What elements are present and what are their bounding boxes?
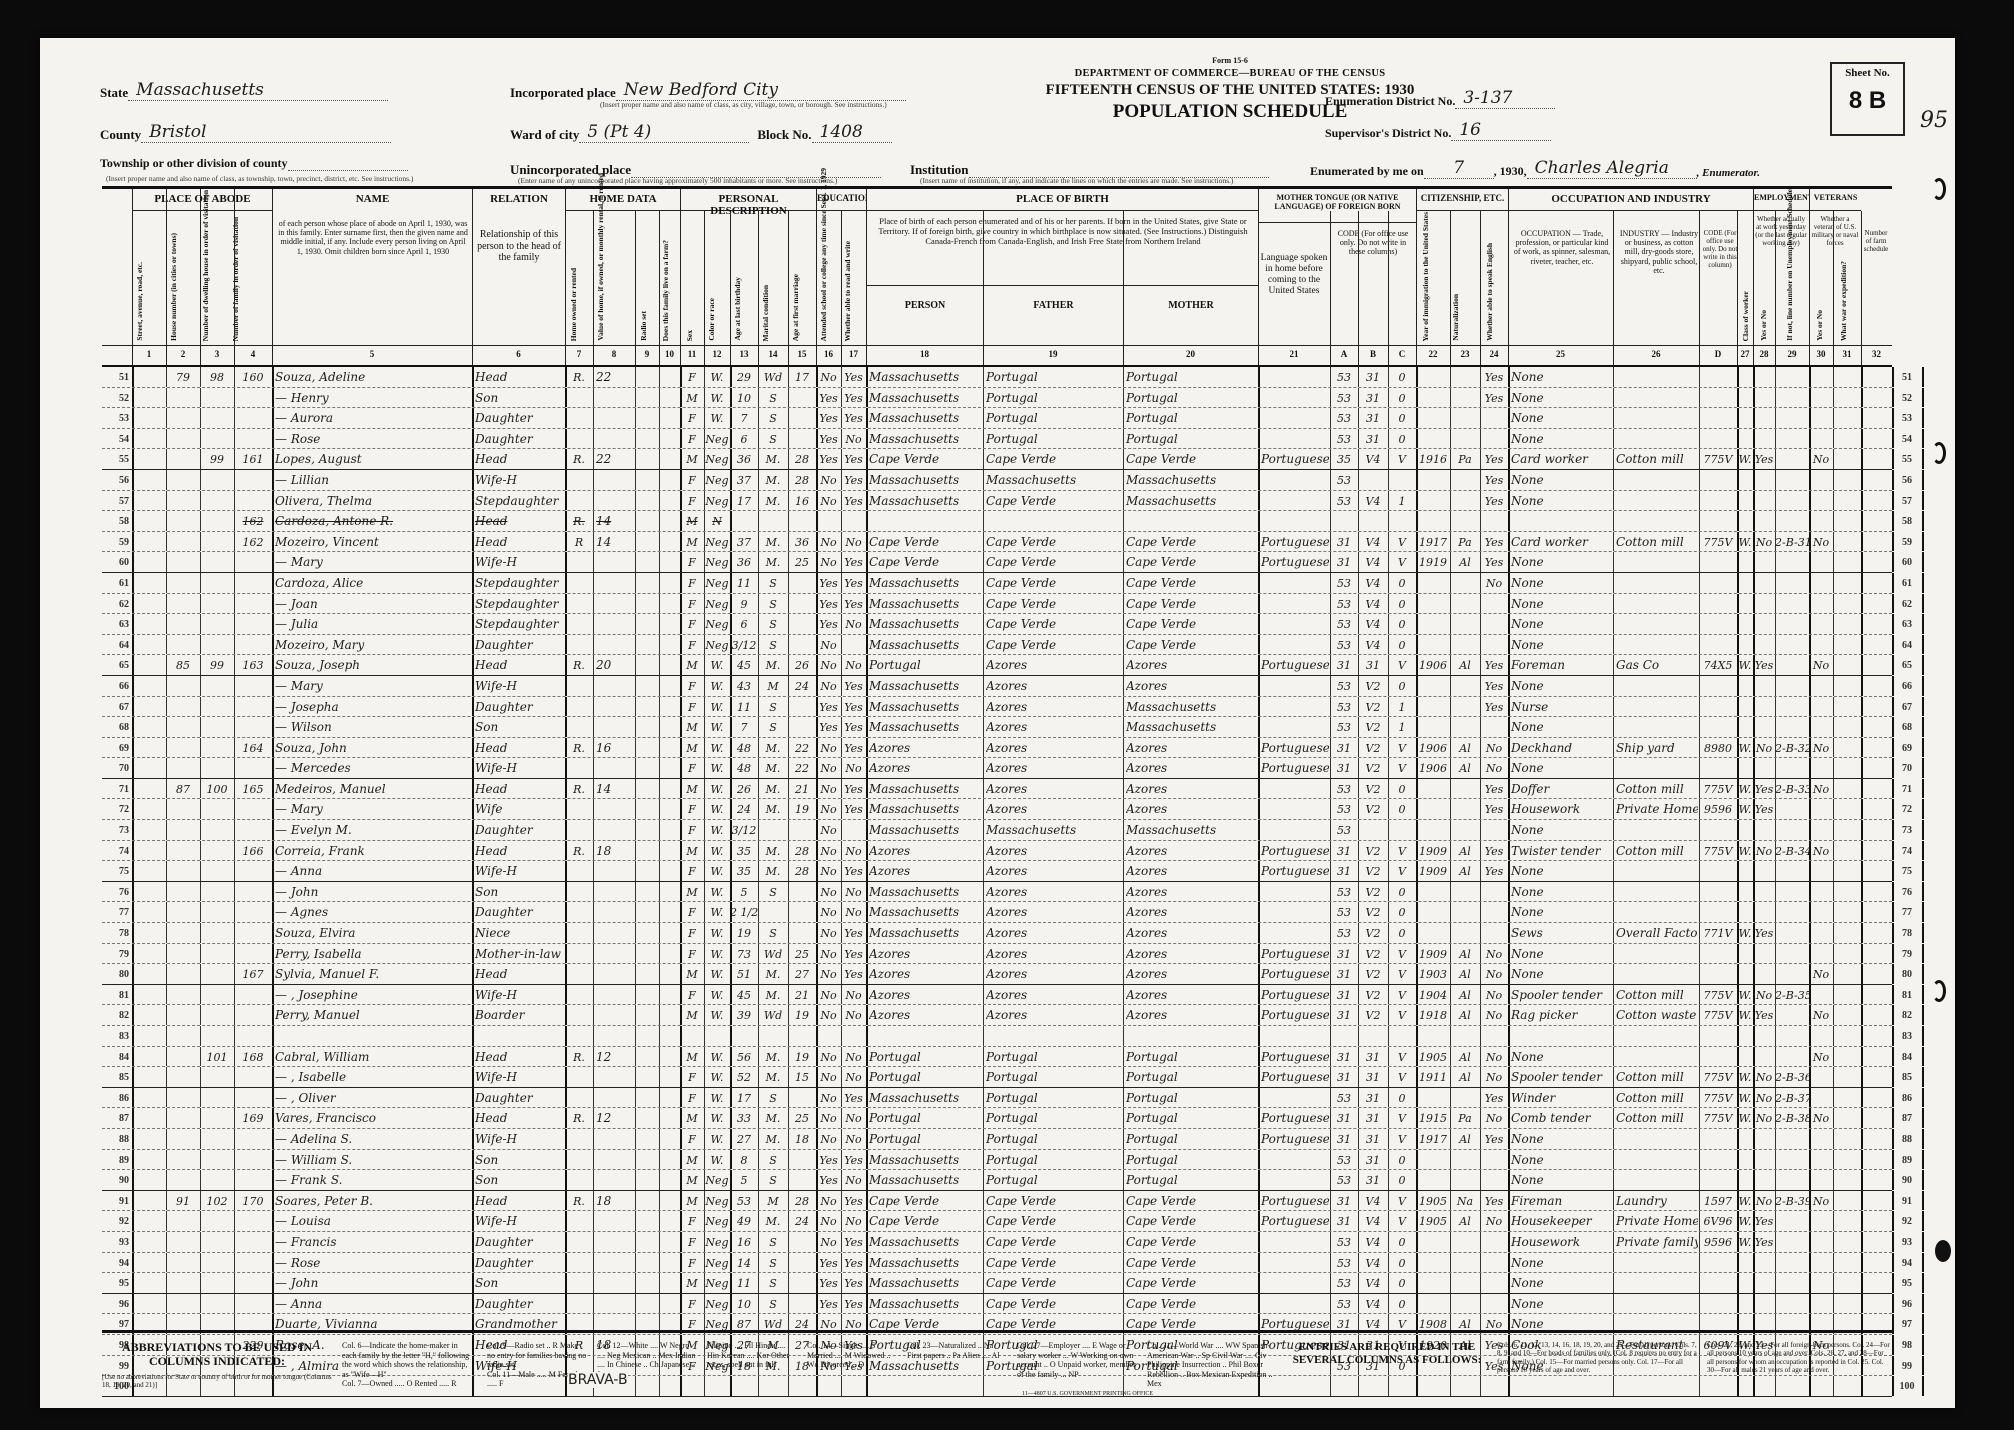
col14-note: Col. 14—Single .... S Married .... M Wid… xyxy=(807,1341,897,1370)
cell-mother: Azores xyxy=(1126,862,1257,881)
cell-dwelling: 101 xyxy=(200,1048,234,1067)
cell-father: Cape Verde xyxy=(986,1233,1122,1252)
cell-read: No xyxy=(841,903,866,922)
cell-father: Cape Verde xyxy=(986,492,1122,511)
cell-ocode: 1597 xyxy=(1699,1192,1737,1211)
cell-immig: 1915 xyxy=(1416,1109,1450,1128)
cell-sex: F xyxy=(680,862,704,881)
cell-school: Yes xyxy=(816,1171,841,1190)
cell-birth: Massachusetts xyxy=(869,883,982,902)
cell-english: Yes xyxy=(1480,553,1508,572)
column-divider xyxy=(234,189,235,365)
cell-father: Azores xyxy=(986,1006,1122,1025)
table-row: 69164Souza, JohnHeadR.16MW.48M.22NoYesAz… xyxy=(102,738,1892,759)
cell-line: 53 xyxy=(105,409,129,428)
cell-c: V xyxy=(1388,533,1416,552)
cell-name: — Mary xyxy=(275,800,471,819)
column-number: D xyxy=(1699,349,1737,359)
abbr-note: [Use no abbreviations for State or count… xyxy=(102,1373,332,1390)
cell-ocode: 775V xyxy=(1699,533,1737,552)
cell-natur: Al xyxy=(1450,759,1480,778)
cell-occupation: None xyxy=(1511,1295,1612,1314)
cell-age-marr: 27 xyxy=(788,965,816,984)
cell-tongue: Portuguese xyxy=(1261,1068,1329,1087)
cell-b: V2 xyxy=(1358,903,1388,922)
cell-father: Azores xyxy=(986,965,1122,984)
cell-english: Yes xyxy=(1480,389,1508,408)
cell-name: — Mary xyxy=(275,553,471,572)
cell-a: 53 xyxy=(1330,718,1358,737)
cell-birth: Azores xyxy=(869,739,982,758)
cell-name: — Anna xyxy=(275,1295,471,1314)
col22-label: Year of immigration to the United States xyxy=(1422,212,1430,341)
cell-relation: Stepdaughter xyxy=(475,615,564,634)
cell-cls: W. xyxy=(1737,533,1753,552)
cell-birth: Massachusetts xyxy=(869,636,982,655)
cell-birth: Massachusetts xyxy=(869,800,982,819)
cell-age: 51 xyxy=(730,965,758,984)
cell-cls: W. xyxy=(1737,739,1753,758)
cell-relation: Wife-H xyxy=(475,1068,564,1087)
cell-relation: Son xyxy=(475,389,564,408)
cell-relation: Daughter xyxy=(475,1254,564,1273)
line-number-right: 96 xyxy=(1894,1295,1920,1314)
cell-name: Sylvia, Manuel F. xyxy=(275,965,471,984)
cell-ocode: 775V xyxy=(1699,450,1737,469)
cell-c: 0 xyxy=(1388,389,1416,408)
cell-b: V2 xyxy=(1358,862,1388,881)
punch-hole-icon xyxy=(1932,980,1946,1002)
cell-name: — Mary xyxy=(275,677,471,696)
cell-line: 82 xyxy=(105,1006,129,1025)
cell-birth: Massachusetts xyxy=(869,595,982,614)
table-row: 5599161Lopes, AugustHeadR.22MNeg36M.28Ye… xyxy=(102,449,1892,470)
supervisor-label: Supervisor's District No. xyxy=(1325,126,1451,141)
column-number: 17 xyxy=(841,349,866,359)
cell-read: Yes xyxy=(841,574,866,593)
cell-c: 0 xyxy=(1388,1254,1416,1273)
cell-line: 90 xyxy=(105,1171,129,1190)
column-divider xyxy=(1809,211,1810,365)
cell-sex: F xyxy=(680,800,704,819)
cell-sex: F xyxy=(680,553,704,572)
cell-school: No xyxy=(816,924,841,943)
cell-birth: Massachusetts xyxy=(869,821,982,840)
cell-c: 0 xyxy=(1388,430,1416,449)
cell-race: Neg xyxy=(704,1254,730,1273)
cell-relation: Head xyxy=(475,842,564,861)
line-number-right: 67 xyxy=(1894,698,1920,717)
form-number: Form 15-6 xyxy=(970,56,1490,65)
column-divider xyxy=(1861,211,1862,365)
cell-marital: S xyxy=(758,1233,788,1252)
cell-unemp: 2-B-34 xyxy=(1775,842,1809,861)
column-number: 3 xyxy=(200,349,234,359)
cell-family: 161 xyxy=(234,450,272,469)
cell-relation: Daughter xyxy=(475,698,564,717)
cell-b: V4 xyxy=(1358,595,1388,614)
cell-school: No xyxy=(816,553,841,572)
column-number: 8 xyxy=(593,349,635,359)
cell-read: Yes xyxy=(841,1295,866,1314)
line-number-right: 71 xyxy=(1894,780,1920,799)
cell-age-marr: 24 xyxy=(788,677,816,696)
cell-age-marr: 18 xyxy=(788,1130,816,1149)
cell-mother: Portugal xyxy=(1126,430,1257,449)
cell-occupation: None xyxy=(1511,1048,1612,1067)
cell-english: Yes xyxy=(1480,780,1508,799)
cell-occupation: Spooler tender xyxy=(1511,1068,1612,1087)
cell-sex: M xyxy=(680,1171,704,1190)
line-number-right: 94 xyxy=(1894,1254,1920,1273)
cell-sex: M xyxy=(680,965,704,984)
column-divider xyxy=(1258,211,1259,365)
cell-sex: F xyxy=(680,903,704,922)
cell-sex: F xyxy=(680,574,704,593)
cell-relation: Son xyxy=(475,1151,564,1170)
cell-cls: W. xyxy=(1737,656,1753,675)
row-gridlines xyxy=(102,1026,1892,1046)
cell-work: Yes xyxy=(1753,450,1775,469)
cell-relation: Mother-in-law xyxy=(475,945,564,964)
cell-b: V2 xyxy=(1358,718,1388,737)
cell-age: 6 xyxy=(730,430,758,449)
cell-race: W. xyxy=(704,1089,730,1108)
cell-c: V xyxy=(1388,1212,1416,1231)
cell-father: Azores xyxy=(986,698,1122,717)
cell-occupation: None xyxy=(1511,636,1612,655)
column-divider xyxy=(866,211,867,365)
cell-value: 14 xyxy=(596,533,634,552)
cell-relation: Head xyxy=(475,1192,564,1211)
cell-read: Yes xyxy=(841,677,866,696)
cell-occupation: None xyxy=(1511,862,1612,881)
cell-read: No xyxy=(841,1212,866,1231)
cell-name: — Josepha xyxy=(275,698,471,717)
cell-father: Portugal xyxy=(986,430,1122,449)
cell-birth: Massachusetts xyxy=(869,1233,982,1252)
cell-c: 0 xyxy=(1388,1151,1416,1170)
column-number: 20 xyxy=(1123,349,1258,359)
cell-a: 53 xyxy=(1330,1089,1358,1108)
department: DEPARTMENT OF COMMERCE—BUREAU OF THE CEN… xyxy=(970,68,1490,79)
cell-relation: Daughter xyxy=(475,1295,564,1314)
cell-father: Cape Verde xyxy=(986,574,1122,593)
cell-house: 79 xyxy=(166,368,200,387)
cell-c: V xyxy=(1388,965,1416,984)
cell-mother: Cape Verde xyxy=(1126,1254,1257,1273)
cell-owned: R. xyxy=(565,1192,593,1211)
cell-line: 62 xyxy=(105,595,129,614)
table-row: 59162Mozeiro, VincentHeadR14MNeg37M.36No… xyxy=(102,532,1892,553)
tongue-description: Language spoken in home before coming to… xyxy=(1260,253,1328,297)
cell-name: — Francis xyxy=(275,1233,471,1252)
cell-sex: F xyxy=(680,368,704,387)
cell-tongue: Portuguese xyxy=(1261,1192,1329,1211)
cell-father: Azores xyxy=(986,945,1122,964)
cell-unemp: 2-B-33 xyxy=(1775,780,1809,799)
cell-sex: F xyxy=(680,924,704,943)
cell-work: No xyxy=(1753,739,1775,758)
cell-line: 89 xyxy=(105,1151,129,1170)
cell-work: No xyxy=(1753,533,1775,552)
cell-mother: Cape Verde xyxy=(1126,1295,1257,1314)
cell-age: 10 xyxy=(730,1295,758,1314)
cell-marital: S xyxy=(758,883,788,902)
cell-age: 33 xyxy=(730,1109,758,1128)
cell-school: Yes xyxy=(816,389,841,408)
column-number: 6 xyxy=(472,349,565,359)
cell-name: — John xyxy=(275,1274,471,1293)
cell-a: 53 xyxy=(1330,492,1358,511)
mother-subheader: MOTHER xyxy=(1123,285,1258,347)
cell-mother: Massachusetts xyxy=(1126,821,1257,840)
cell-occupation: None xyxy=(1511,471,1612,490)
cell-marital: M. xyxy=(758,986,788,1005)
cell-age: 17 xyxy=(730,1089,758,1108)
cell-read: No xyxy=(841,1048,866,1067)
cell-read: Yes xyxy=(841,1151,866,1170)
cell-mother: Cape Verde xyxy=(1126,1233,1257,1252)
cell-relation: Daughter xyxy=(475,1233,564,1252)
col13-label: Age at last birthday xyxy=(734,277,742,341)
cell-b: V2 xyxy=(1358,1006,1388,1025)
cell-a: 53 xyxy=(1330,924,1358,943)
cell-tongue: Portuguese xyxy=(1261,862,1329,881)
punch-hole-icon xyxy=(1932,178,1946,200)
cell-line: 75 xyxy=(105,862,129,881)
table-row: 54— RoseDaughterFNeg6SYesNoMassachusetts… xyxy=(102,429,1892,450)
cell-read: No xyxy=(841,1068,866,1087)
cell-c: 0 xyxy=(1388,800,1416,819)
cell-occupation: None xyxy=(1511,1254,1612,1273)
column-number: 12 xyxy=(704,349,730,359)
column-divider xyxy=(758,211,759,365)
table-row: 76— JohnSonMW.5SNoNoMassachusettsAzoresA… xyxy=(102,882,1892,903)
cell-line: 91 xyxy=(105,1192,129,1211)
cell-unemp: 2-B-37 xyxy=(1775,1089,1809,1108)
cell-cls: W. xyxy=(1737,1068,1753,1087)
cell-c: 0 xyxy=(1388,636,1416,655)
cell-c: 0 xyxy=(1388,409,1416,428)
cell-sex: M xyxy=(680,842,704,861)
cell-school: Yes xyxy=(816,1274,841,1293)
cell-school: No xyxy=(816,1212,841,1231)
cell-family: 170 xyxy=(234,1192,272,1211)
cell-relation: Wife-H xyxy=(475,1130,564,1149)
enumerator-label: , Enumerator. xyxy=(1697,167,1760,179)
cell-a: 53 xyxy=(1330,636,1358,655)
cell-b: V4 xyxy=(1358,1233,1388,1252)
cell-house: 91 xyxy=(166,1192,200,1211)
cell-dwelling: 99 xyxy=(200,656,234,675)
cell-ocode: 8980 xyxy=(1699,739,1737,758)
cell-occupation: Foreman xyxy=(1511,656,1612,675)
cell-birth: Massachusetts xyxy=(869,677,982,696)
cell-vet: No xyxy=(1809,1192,1833,1211)
cell-mother: Azores xyxy=(1126,800,1257,819)
cell-work: No xyxy=(1753,1068,1775,1087)
cell-father: Azores xyxy=(986,739,1122,758)
cell-mother: Cape Verde xyxy=(1126,450,1257,469)
cell-line: 55 xyxy=(105,450,129,469)
table-row: 92— LouisaWife-HFNeg49M.24NoNoCape Verde… xyxy=(102,1211,1892,1232)
cell-relation: Wife-H xyxy=(475,471,564,490)
cell-occupation: None xyxy=(1511,430,1612,449)
cell-immig: 1911 xyxy=(1416,1068,1450,1087)
line-number-right: 95 xyxy=(1894,1274,1920,1293)
cell-school: No xyxy=(816,986,841,1005)
cell-cls: W. xyxy=(1737,800,1753,819)
cell-english: Yes xyxy=(1480,1089,1508,1108)
column-number: C xyxy=(1388,349,1416,359)
cell-relation: Wife xyxy=(475,800,564,819)
cell-race: W. xyxy=(704,986,730,1005)
cell-occupation: None xyxy=(1511,409,1612,428)
cell-owned: R. xyxy=(565,739,593,758)
cell-father: Portugal xyxy=(986,1130,1122,1149)
cell-occupation: None xyxy=(1511,759,1612,778)
cell-school: No xyxy=(816,1048,841,1067)
cell-natur: Al xyxy=(1450,965,1480,984)
cell-birth: Massachusetts xyxy=(869,492,982,511)
cell-b: 31 xyxy=(1358,1089,1388,1108)
cell-b: V4 xyxy=(1358,450,1388,469)
cell-school: No xyxy=(816,1109,841,1128)
cell-value: 14 xyxy=(596,512,634,531)
cell-marital: M. xyxy=(758,450,788,469)
cell-school: Yes xyxy=(816,450,841,469)
cell-c: V xyxy=(1388,1130,1416,1149)
cell-school: Yes xyxy=(816,430,841,449)
cell-c: V xyxy=(1388,945,1416,964)
cell-c: 1 xyxy=(1388,718,1416,737)
cell-read: Yes xyxy=(841,368,866,387)
cell-ocode: 775V xyxy=(1699,1006,1737,1025)
col12b-note: Filipino .... Fil Hindu .... Hin Korean … xyxy=(707,1341,797,1370)
cell-father: Cape Verde xyxy=(986,553,1122,572)
col10-label: Does this family live on a farm? xyxy=(662,240,670,341)
cell-mother: Massachusetts xyxy=(1126,492,1257,511)
cell-sex: M xyxy=(680,718,704,737)
cell-age: 17 xyxy=(730,492,758,511)
cell-father: Azores xyxy=(986,677,1122,696)
line-number-right: 82 xyxy=(1894,1006,1920,1025)
cell-age: 14 xyxy=(730,1254,758,1273)
cell-mother: Cape Verde xyxy=(1126,1212,1257,1231)
column-number: 26 xyxy=(1613,349,1699,359)
group-veterans: VETERANS xyxy=(1809,189,1861,211)
cell-age: 16 xyxy=(730,1233,758,1252)
cell-race: Neg xyxy=(704,1295,730,1314)
cell-race: W. xyxy=(704,368,730,387)
cell-value: 22 xyxy=(596,450,634,469)
institution-note: (Insert name of institution, if any, and… xyxy=(920,176,1233,185)
cell-industry: Cotton mill xyxy=(1616,842,1698,861)
cell-immig: 1906 xyxy=(1416,759,1450,778)
table-row: 517998160Souza, AdelineHeadR.22FW.29Wd17… xyxy=(102,367,1892,388)
cell-industry: Private Home xyxy=(1616,800,1698,819)
cell-sex: M xyxy=(680,1274,704,1293)
table-row: 61Cardoza, AliceStepdaughterFNeg11SYesYe… xyxy=(102,573,1892,594)
cell-mother: Azores xyxy=(1126,780,1257,799)
cell-read: Yes xyxy=(841,1089,866,1108)
cell-father: Azores xyxy=(986,780,1122,799)
cell-occupation: None xyxy=(1511,595,1612,614)
cell-father: Portugal xyxy=(986,368,1122,387)
column-divider xyxy=(132,189,133,365)
cell-mother: Massachusetts xyxy=(1126,698,1257,717)
table-row: 73— Evelyn M.DaughterFW.3/12NoMassachuse… xyxy=(102,820,1892,841)
cell-school: No xyxy=(816,677,841,696)
cell-school: Yes xyxy=(816,595,841,614)
col14-label: Marital condition xyxy=(762,285,770,341)
line-number-right: 99 xyxy=(1894,1357,1920,1376)
cell-sex: F xyxy=(680,492,704,511)
cell-age: 10 xyxy=(730,389,758,408)
cell-work: No xyxy=(1753,986,1775,1005)
cell-race: W. xyxy=(704,698,730,717)
cell-birth: Cape Verde xyxy=(869,1212,982,1231)
cell-b: V4 xyxy=(1358,574,1388,593)
cell-name: — , Oliver xyxy=(275,1089,471,1108)
cell-english: Yes xyxy=(1480,1130,1508,1149)
cell-sex: M xyxy=(680,1151,704,1170)
cell-read: No xyxy=(841,1171,866,1190)
line-number-right: 69 xyxy=(1894,739,1920,758)
cell-line: 73 xyxy=(105,821,129,840)
cell-occupation: None xyxy=(1511,821,1612,840)
cell-immig: 1905 xyxy=(1416,1212,1450,1231)
cell-race: W. xyxy=(704,718,730,737)
column-number: 4 xyxy=(234,349,272,359)
cell-relation: Head xyxy=(475,965,564,984)
cell-read: Yes xyxy=(841,1274,866,1293)
cell-a: 53 xyxy=(1330,1171,1358,1190)
cell-name: Souza, John xyxy=(275,739,471,758)
cell-race: W. xyxy=(704,821,730,840)
col9-text: Col. 9—Radio set .. R Make no entry for … xyxy=(487,1341,587,1370)
cell-line: 79 xyxy=(105,945,129,964)
cell-name: Cabral, William xyxy=(275,1048,471,1067)
cell-age-marr: 21 xyxy=(788,780,816,799)
cell-b: 31 xyxy=(1358,1151,1388,1170)
cell-school: No xyxy=(816,1233,841,1252)
cell-race: Neg xyxy=(704,595,730,614)
birth-description: Place of birth of each person enumerated… xyxy=(870,217,1256,246)
cell-natur: Al xyxy=(1450,862,1480,881)
cell-occupation: None xyxy=(1511,883,1612,902)
column-divider xyxy=(816,211,817,365)
abbr-block: ABBREVIATIONS TO BE USED IN COLUMNS INDI… xyxy=(102,1341,332,1389)
cell-age: 11 xyxy=(730,1274,758,1293)
cell-sex: F xyxy=(680,430,704,449)
cell-occupation: Card worker xyxy=(1511,533,1612,552)
cell-marital: S xyxy=(758,924,788,943)
cell-marital: M. xyxy=(758,739,788,758)
cell-relation: Head xyxy=(475,1109,564,1128)
cell-ocode: 775V xyxy=(1699,986,1737,1005)
cell-marital: M. xyxy=(758,965,788,984)
occupation-description: OCCUPATION — Trade, profession, or parti… xyxy=(1512,229,1612,266)
cell-father: Cape Verde xyxy=(986,1212,1122,1231)
cell-line: 87 xyxy=(105,1109,129,1128)
col29-label: If not, line number on Unemployment Sche… xyxy=(1786,189,1794,341)
table-row: 88— Adelina S.Wife-HFW.27M.18NoNoPortuga… xyxy=(102,1129,1892,1150)
cell-c: 0 xyxy=(1388,368,1416,387)
cell-value: 18 xyxy=(596,842,634,861)
column-number: 14 xyxy=(758,349,788,359)
